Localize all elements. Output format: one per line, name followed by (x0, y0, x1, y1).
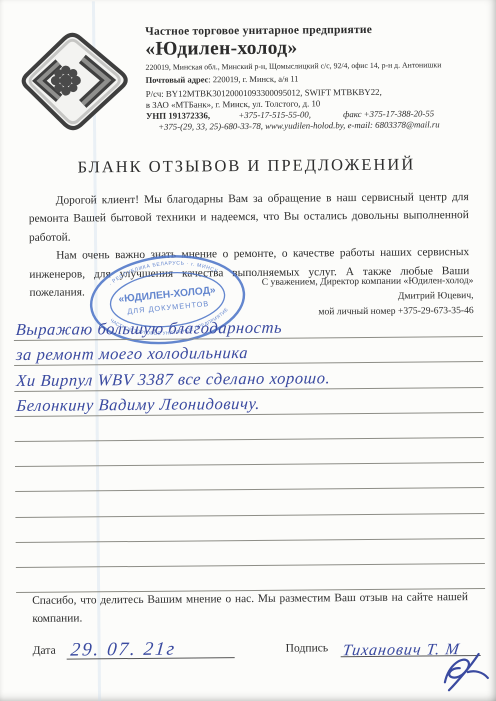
diamond-snowflake-logo-icon (13, 29, 140, 132)
date-field: 29. 07. 21г (66, 634, 234, 659)
letterhead: Частное торговое унитарное предприятие «… (145, 22, 484, 132)
postal-value: : 220019, г. Минск, а/я 11 (208, 74, 298, 85)
date-label: Дата (33, 644, 56, 657)
date-signature-row: Дата 29. 07. 21г Подпись Тиханович Т. М (32, 632, 476, 676)
company-address: 220019, Минская обл., Минский р-н, Щомыс… (145, 60, 483, 72)
review-lines: Выражаю большую благодарностьза ремонт м… (14, 312, 485, 593)
handwritten-date: 29. 07. 21г (70, 639, 178, 662)
company-name: «Юдилен-холод» (145, 36, 483, 61)
contacts-line: +375-(29, 33, 25)-680-33-78, www.yudilen… (158, 119, 484, 132)
handwritten-text: за ремонт моего холодильника (15, 343, 248, 365)
page-title: БЛАНК ОТЗЫВОВ И ПРЕДЛОЖЕНИЙ (0, 154, 494, 178)
thanks-text: Спасибо, что делитесь Вашим мнение о нас… (32, 589, 470, 628)
signature-scribble-icon (435, 648, 493, 697)
postal-address: Почтовый адрес: 220019, г. Минск, а/я 11 (146, 72, 484, 85)
scanned-feedback-form: Частное торговое унитарное предприятие «… (0, 0, 496, 701)
handwritten-text: Хи Вирпул WBV 3387 все сделано хорошо. (16, 368, 331, 391)
handwritten-text: Белонкину Вадиму Леонидовичу. (16, 394, 261, 416)
handwritten-text: Выражаю большую благодарность (15, 318, 283, 340)
postal-label: Почтовый адрес (146, 74, 209, 85)
signature-label: Подпись (286, 641, 329, 654)
paragraph-1: Дорогой клиент! Мы благодарны Вам за обр… (29, 188, 469, 247)
phone-number: +375-17-515-55-00, (238, 109, 311, 120)
unp-number: УНП 191372336, (146, 110, 210, 121)
fax-number: факс +375-17-388-20-55 (343, 108, 434, 119)
